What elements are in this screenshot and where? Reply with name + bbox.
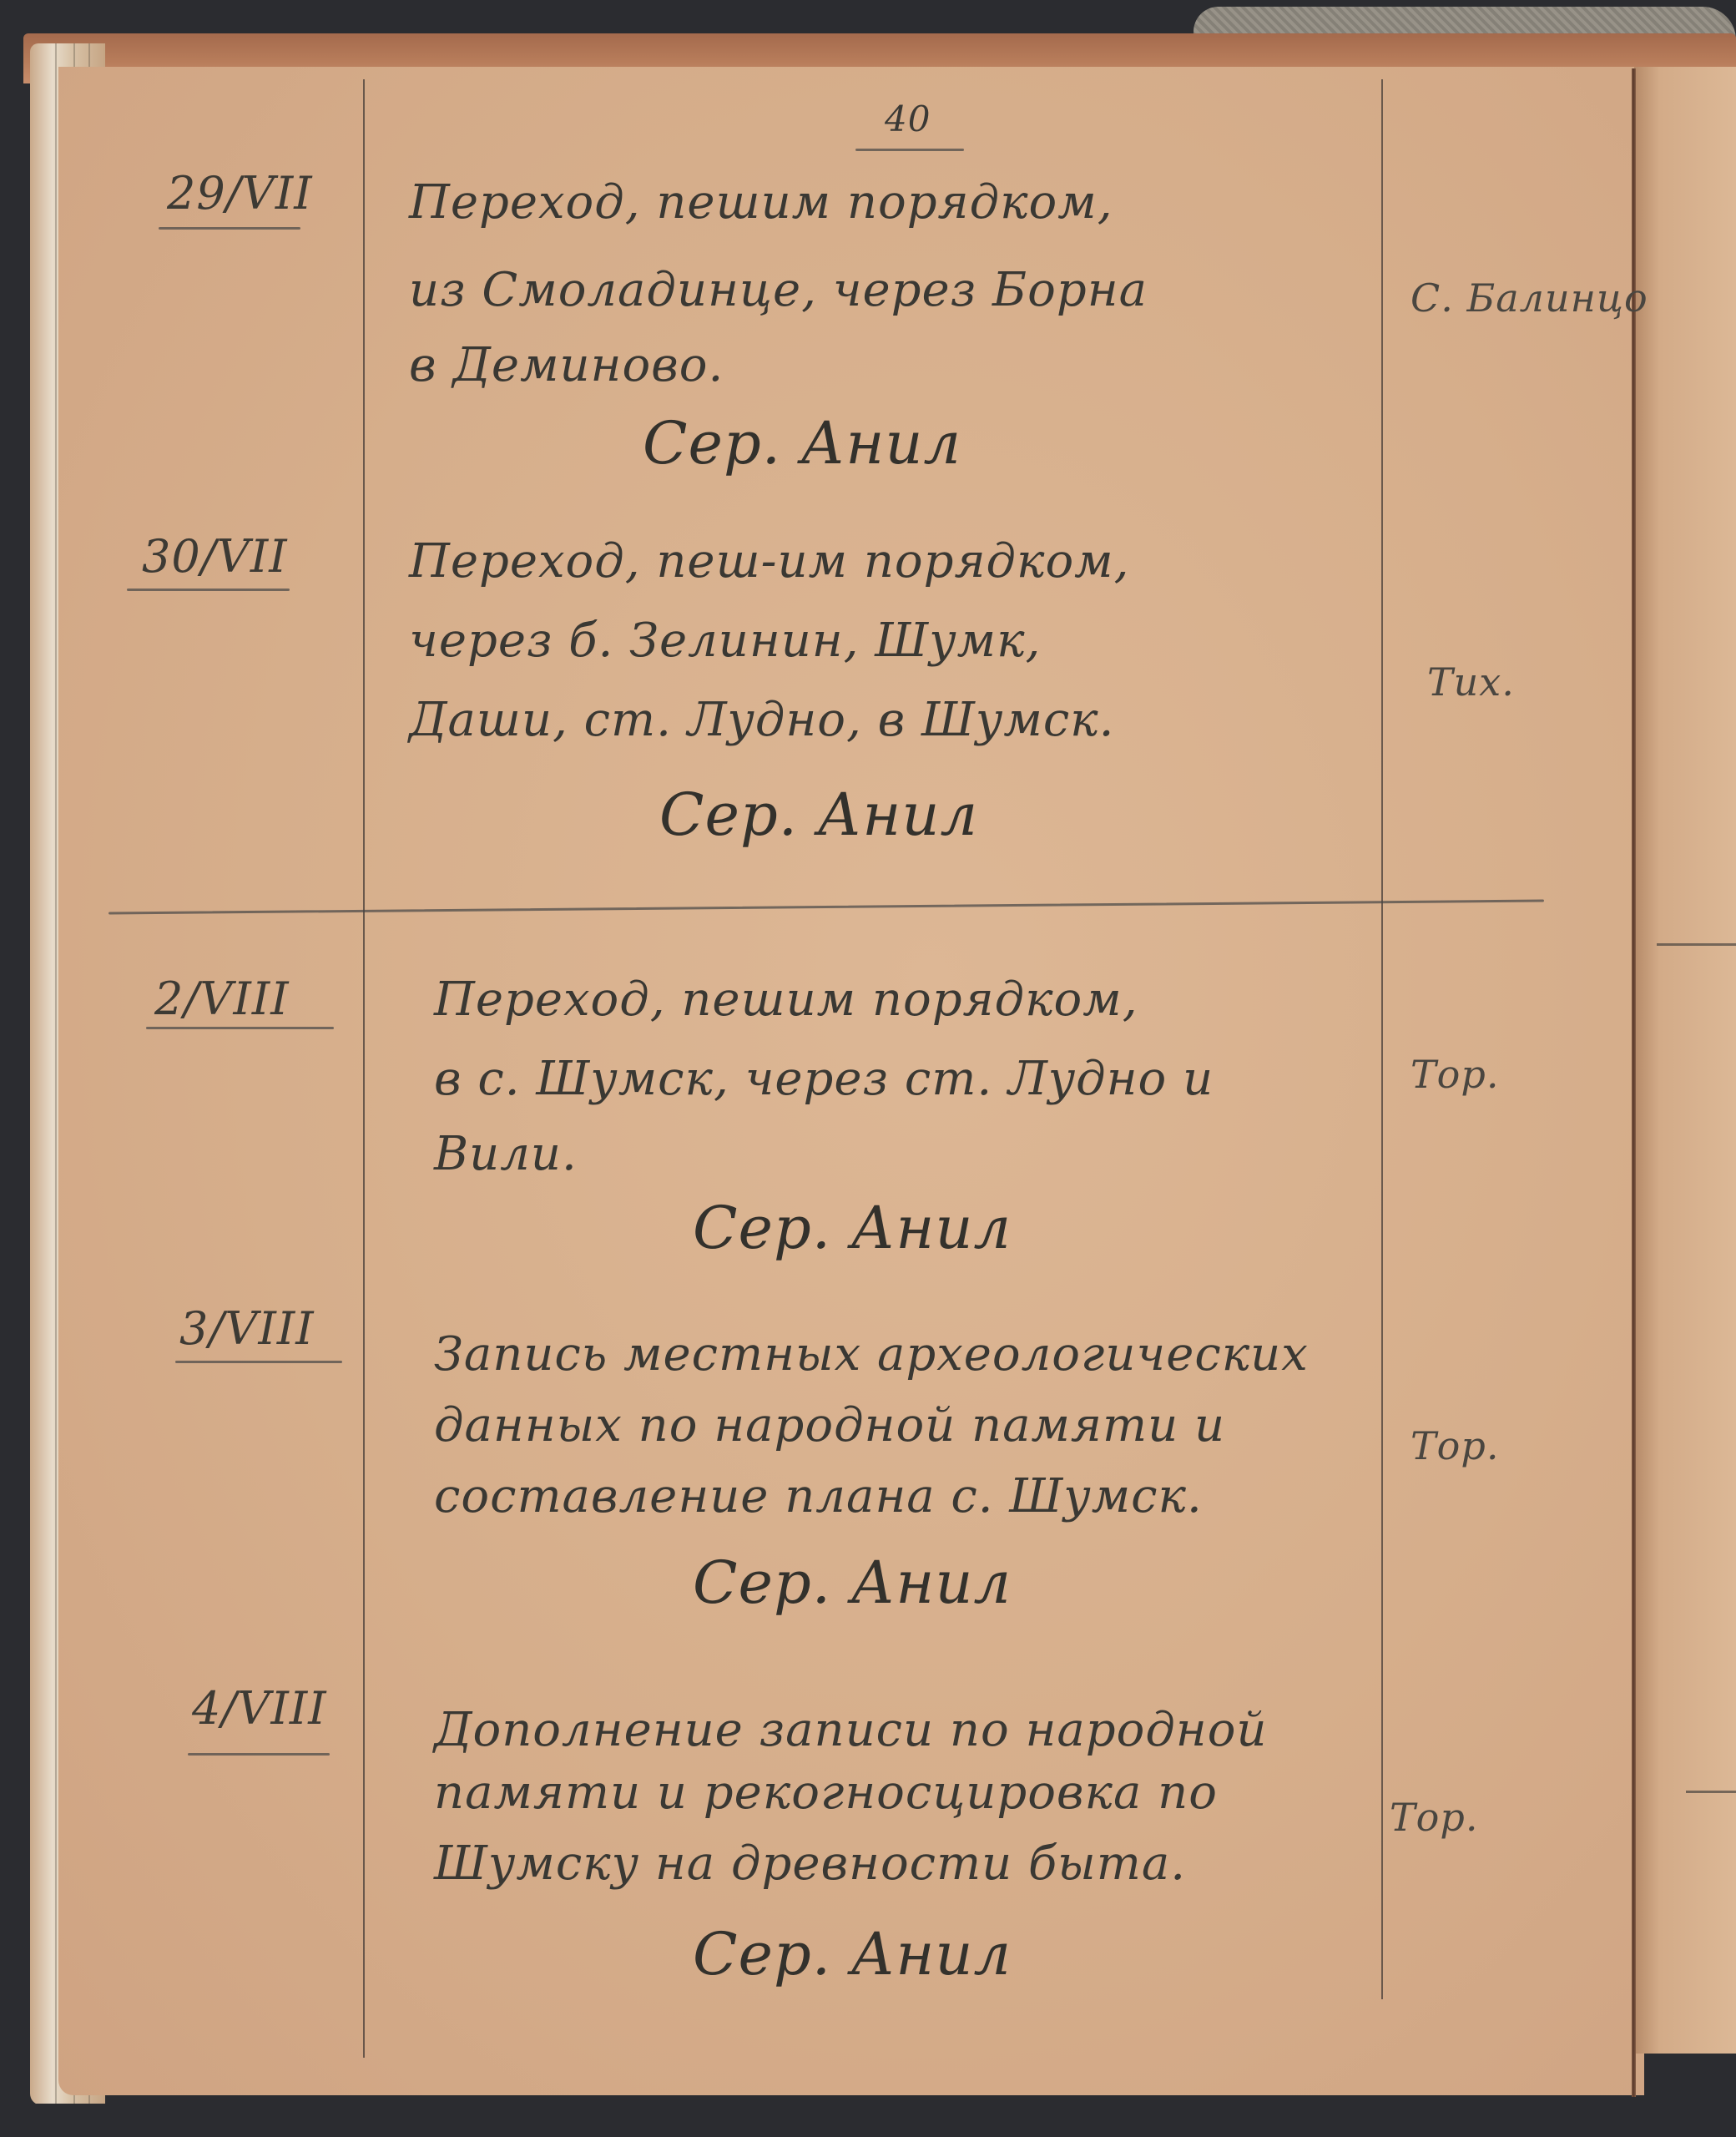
document-scan: 40 29/VII Переход, пешим порядком, из См… bbox=[0, 0, 1736, 2137]
entry-text-line: составление плана с. Шумск. bbox=[434, 1473, 1203, 1520]
facing-page-rule bbox=[1686, 1791, 1736, 1793]
entry-date: 2/VIII bbox=[154, 973, 290, 1025]
facing-page-rule bbox=[1657, 943, 1736, 946]
facing-page bbox=[1634, 67, 1736, 2054]
entry-text-line: в Деминово. bbox=[409, 342, 724, 389]
signature: Сер. Анил bbox=[693, 1194, 1012, 1262]
entry-text-line: из Смоладинце, через Борна bbox=[409, 267, 1148, 314]
entry-text-line: Переход, пешим порядком, bbox=[409, 179, 1113, 226]
place-note: С. Балинцо bbox=[1410, 275, 1648, 321]
entry-text-line: памяти и рекогносцировка по bbox=[434, 1770, 1218, 1816]
signature: Сер. Анил bbox=[659, 781, 978, 849]
entry-text-line: Даши, ст. Лудно, в Шумск. bbox=[409, 697, 1114, 744]
entry-text-line: Переход, пеш-им порядком, bbox=[409, 538, 1129, 585]
signature: Сер. Анил bbox=[643, 409, 961, 477]
place-note: Тор. bbox=[1410, 1423, 1499, 1468]
signature: Сер. Анил bbox=[693, 1548, 1012, 1617]
entry-text-line: Запись местных археологических bbox=[434, 1331, 1309, 1378]
page-number-underline bbox=[855, 149, 964, 151]
date-underline bbox=[188, 1753, 330, 1756]
date-underline bbox=[159, 227, 300, 230]
column-rule-date bbox=[363, 79, 365, 2058]
column-rule-place bbox=[1381, 79, 1383, 1999]
date-underline bbox=[146, 1027, 334, 1029]
entry-text-line: данных по народной памяти и bbox=[434, 1402, 1225, 1449]
date-underline bbox=[127, 589, 290, 591]
entry-text-line: Дополнение записи по народной bbox=[434, 1707, 1267, 1754]
place-note: Тор. bbox=[1390, 1795, 1478, 1840]
signature: Сер. Анил bbox=[693, 1920, 1012, 1988]
entry-text-line: Переход, пешим порядком, bbox=[434, 977, 1138, 1023]
date-underline bbox=[175, 1361, 342, 1363]
entry-text-line: в с. Шумск, через ст. Лудно и bbox=[434, 1056, 1214, 1103]
entry-date: 4/VIII bbox=[192, 1682, 327, 1735]
page-edge-line bbox=[55, 43, 57, 2105]
entry-text-line: Шумску на древности быта. bbox=[434, 1841, 1186, 1887]
scan-background bbox=[0, 2104, 1736, 2137]
entry-text-line: Вили. bbox=[434, 1131, 578, 1178]
entry-date: 30/VII bbox=[142, 530, 288, 583]
entry-date: 3/VIII bbox=[179, 1302, 315, 1355]
page-number: 40 bbox=[885, 99, 931, 139]
entry-text-line: через б. Зелинин, Шумк, bbox=[409, 618, 1041, 664]
place-note: Тор. bbox=[1410, 1052, 1499, 1097]
page-gutter bbox=[1632, 68, 1636, 2097]
place-note: Тих. bbox=[1427, 659, 1515, 705]
entry-date: 29/VII bbox=[167, 167, 313, 220]
